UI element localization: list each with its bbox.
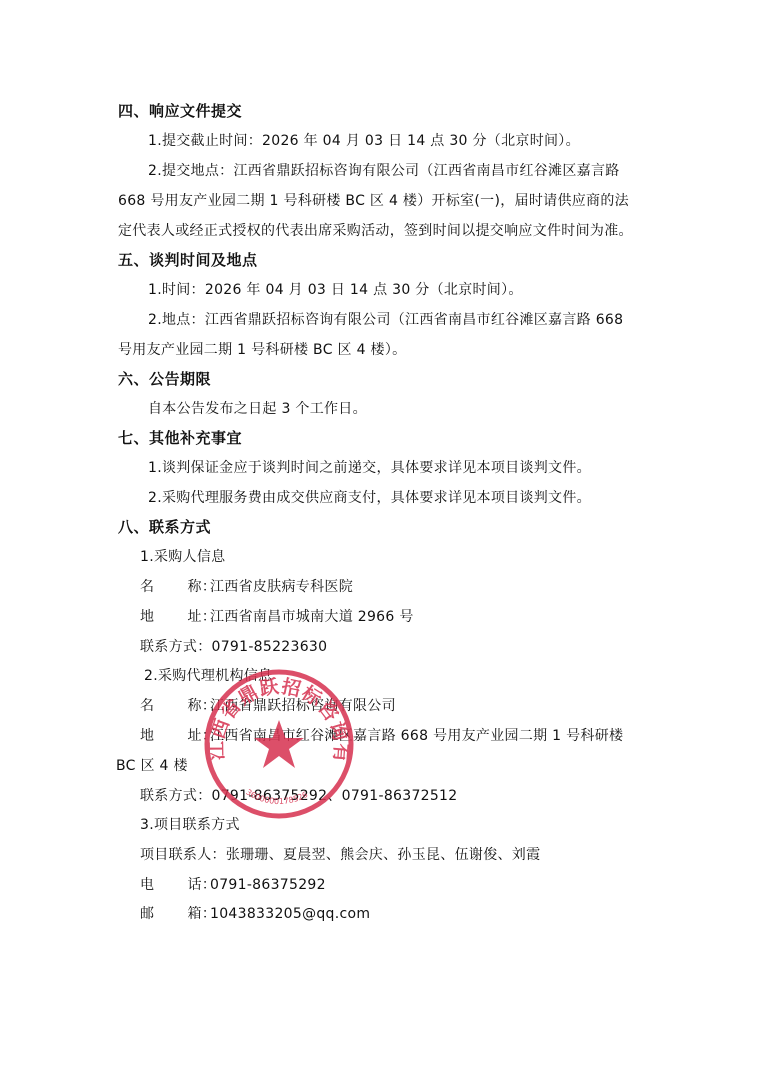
submission-location-line-1: 2.提交地点：江西省鼎跃招标咨询有限公司（江西省南昌市红谷滩区嘉言路 (148, 161, 620, 181)
document-page: 四、响应文件提交 1.提交截止时间：2026 年 04 月 03 日 14 点 … (0, 0, 769, 1088)
agency-address-cont: BC 区 4 楼 (116, 756, 188, 776)
notice-period-text: 自本公告发布之日起 3 个工作日。 (148, 399, 367, 419)
project-people-label: 项目联系人： (140, 847, 226, 863)
section-heading-other: 七、其他补充事宜 (118, 428, 242, 448)
other-item-1: 1.谈判保证金应于谈判时间之前递交，具体要求详见本项目谈判文件。 (148, 458, 591, 478)
project-people: 张珊珊、夏晨翌、熊会庆、孙玉昆、伍谢俊、刘霞 (226, 847, 541, 863)
project-email-row: 邮 箱：1043833205@qq.com (140, 904, 370, 924)
agency-name-row: 名 称：江西省鼎跃招标咨询有限公司 (140, 696, 396, 716)
section-heading-negotiation: 五、谈判时间及地点 (118, 250, 258, 270)
section-heading-notice-period: 六、公告期限 (118, 369, 211, 389)
purchaser-address-label: 地 址： (140, 607, 210, 627)
agency-address: 江西省南昌市红谷滩区嘉言路 668 号用友产业园二期 1 号科研楼 (210, 728, 623, 744)
project-contact-title: 3.项目联系方式 (140, 815, 240, 835)
agency-contact-row: 联系方式：0791-86375292、0791-86372512 (140, 786, 457, 806)
purchaser-name-label: 名 称： (140, 577, 210, 597)
agency-address-label: 地 址： (140, 726, 210, 746)
purchaser-address-row: 地 址：江西省南昌市城南大道 2966 号 (140, 607, 414, 627)
submission-location-line-3: 定代表人或经正式授权的代表出席采购活动，签到时间以提交响应文件时间为准。 (118, 221, 633, 241)
submission-deadline: 1.提交截止时间：2026 年 04 月 03 日 14 点 30 分（北京时间… (148, 131, 580, 151)
section-heading-contact: 八、联系方式 (118, 517, 211, 537)
purchaser-contact: 0791-85223630 (212, 639, 328, 655)
purchaser-name-row: 名 称：江西省皮肤病专科医院 (140, 577, 353, 597)
project-phone-row: 电 话：0791-86375292 (140, 875, 326, 895)
negotiation-location-line-2: 号用友产业园二期 1 号科研楼 BC 区 4 楼）。 (118, 340, 406, 360)
project-email: 1043833205@qq.com (210, 906, 370, 922)
section-heading-submission: 四、响应文件提交 (118, 101, 242, 121)
agency-contact-label: 联系方式： (140, 788, 212, 804)
purchaser-contact-row: 联系方式：0791-85223630 (140, 637, 327, 657)
agency-title: 2.采购代理机构信息 (144, 666, 272, 686)
purchaser-contact-label: 联系方式： (140, 639, 212, 655)
project-phone: 0791-86375292 (210, 877, 326, 893)
agency-name-label: 名 称： (140, 696, 210, 716)
negotiation-location-line-1: 2.地点：江西省鼎跃招标咨询有限公司（江西省南昌市红谷滩区嘉言路 668 (148, 310, 623, 330)
project-phone-label: 电 话： (140, 875, 210, 895)
purchaser-name: 江西省皮肤病专科医院 (210, 579, 353, 595)
agency-contact: 0791-86375292、0791-86372512 (212, 788, 458, 804)
purchaser-address: 江西省南昌市城南大道 2966 号 (210, 609, 414, 625)
agency-name: 江西省鼎跃招标咨询有限公司 (210, 698, 396, 714)
negotiation-time: 1.时间：2026 年 04 月 03 日 14 点 30 分（北京时间）。 (148, 280, 523, 300)
submission-location-line-2: 668 号用友产业园二期 1 号科研楼 BC 区 4 楼）开标室(一)，届时请供… (118, 191, 629, 211)
agency-address-row: 地 址：江西省南昌市红谷滩区嘉言路 668 号用友产业园二期 1 号科研楼 (140, 726, 623, 746)
project-email-label: 邮 箱： (140, 904, 210, 924)
purchaser-title: 1.采购人信息 (140, 547, 225, 567)
project-people-row: 项目联系人：张珊珊、夏晨翌、熊会庆、孙玉昆、伍谢俊、刘霞 (140, 845, 540, 865)
other-item-2: 2.采购代理服务费由成交供应商支付，具体要求详见本项目谈判文件。 (148, 488, 591, 508)
